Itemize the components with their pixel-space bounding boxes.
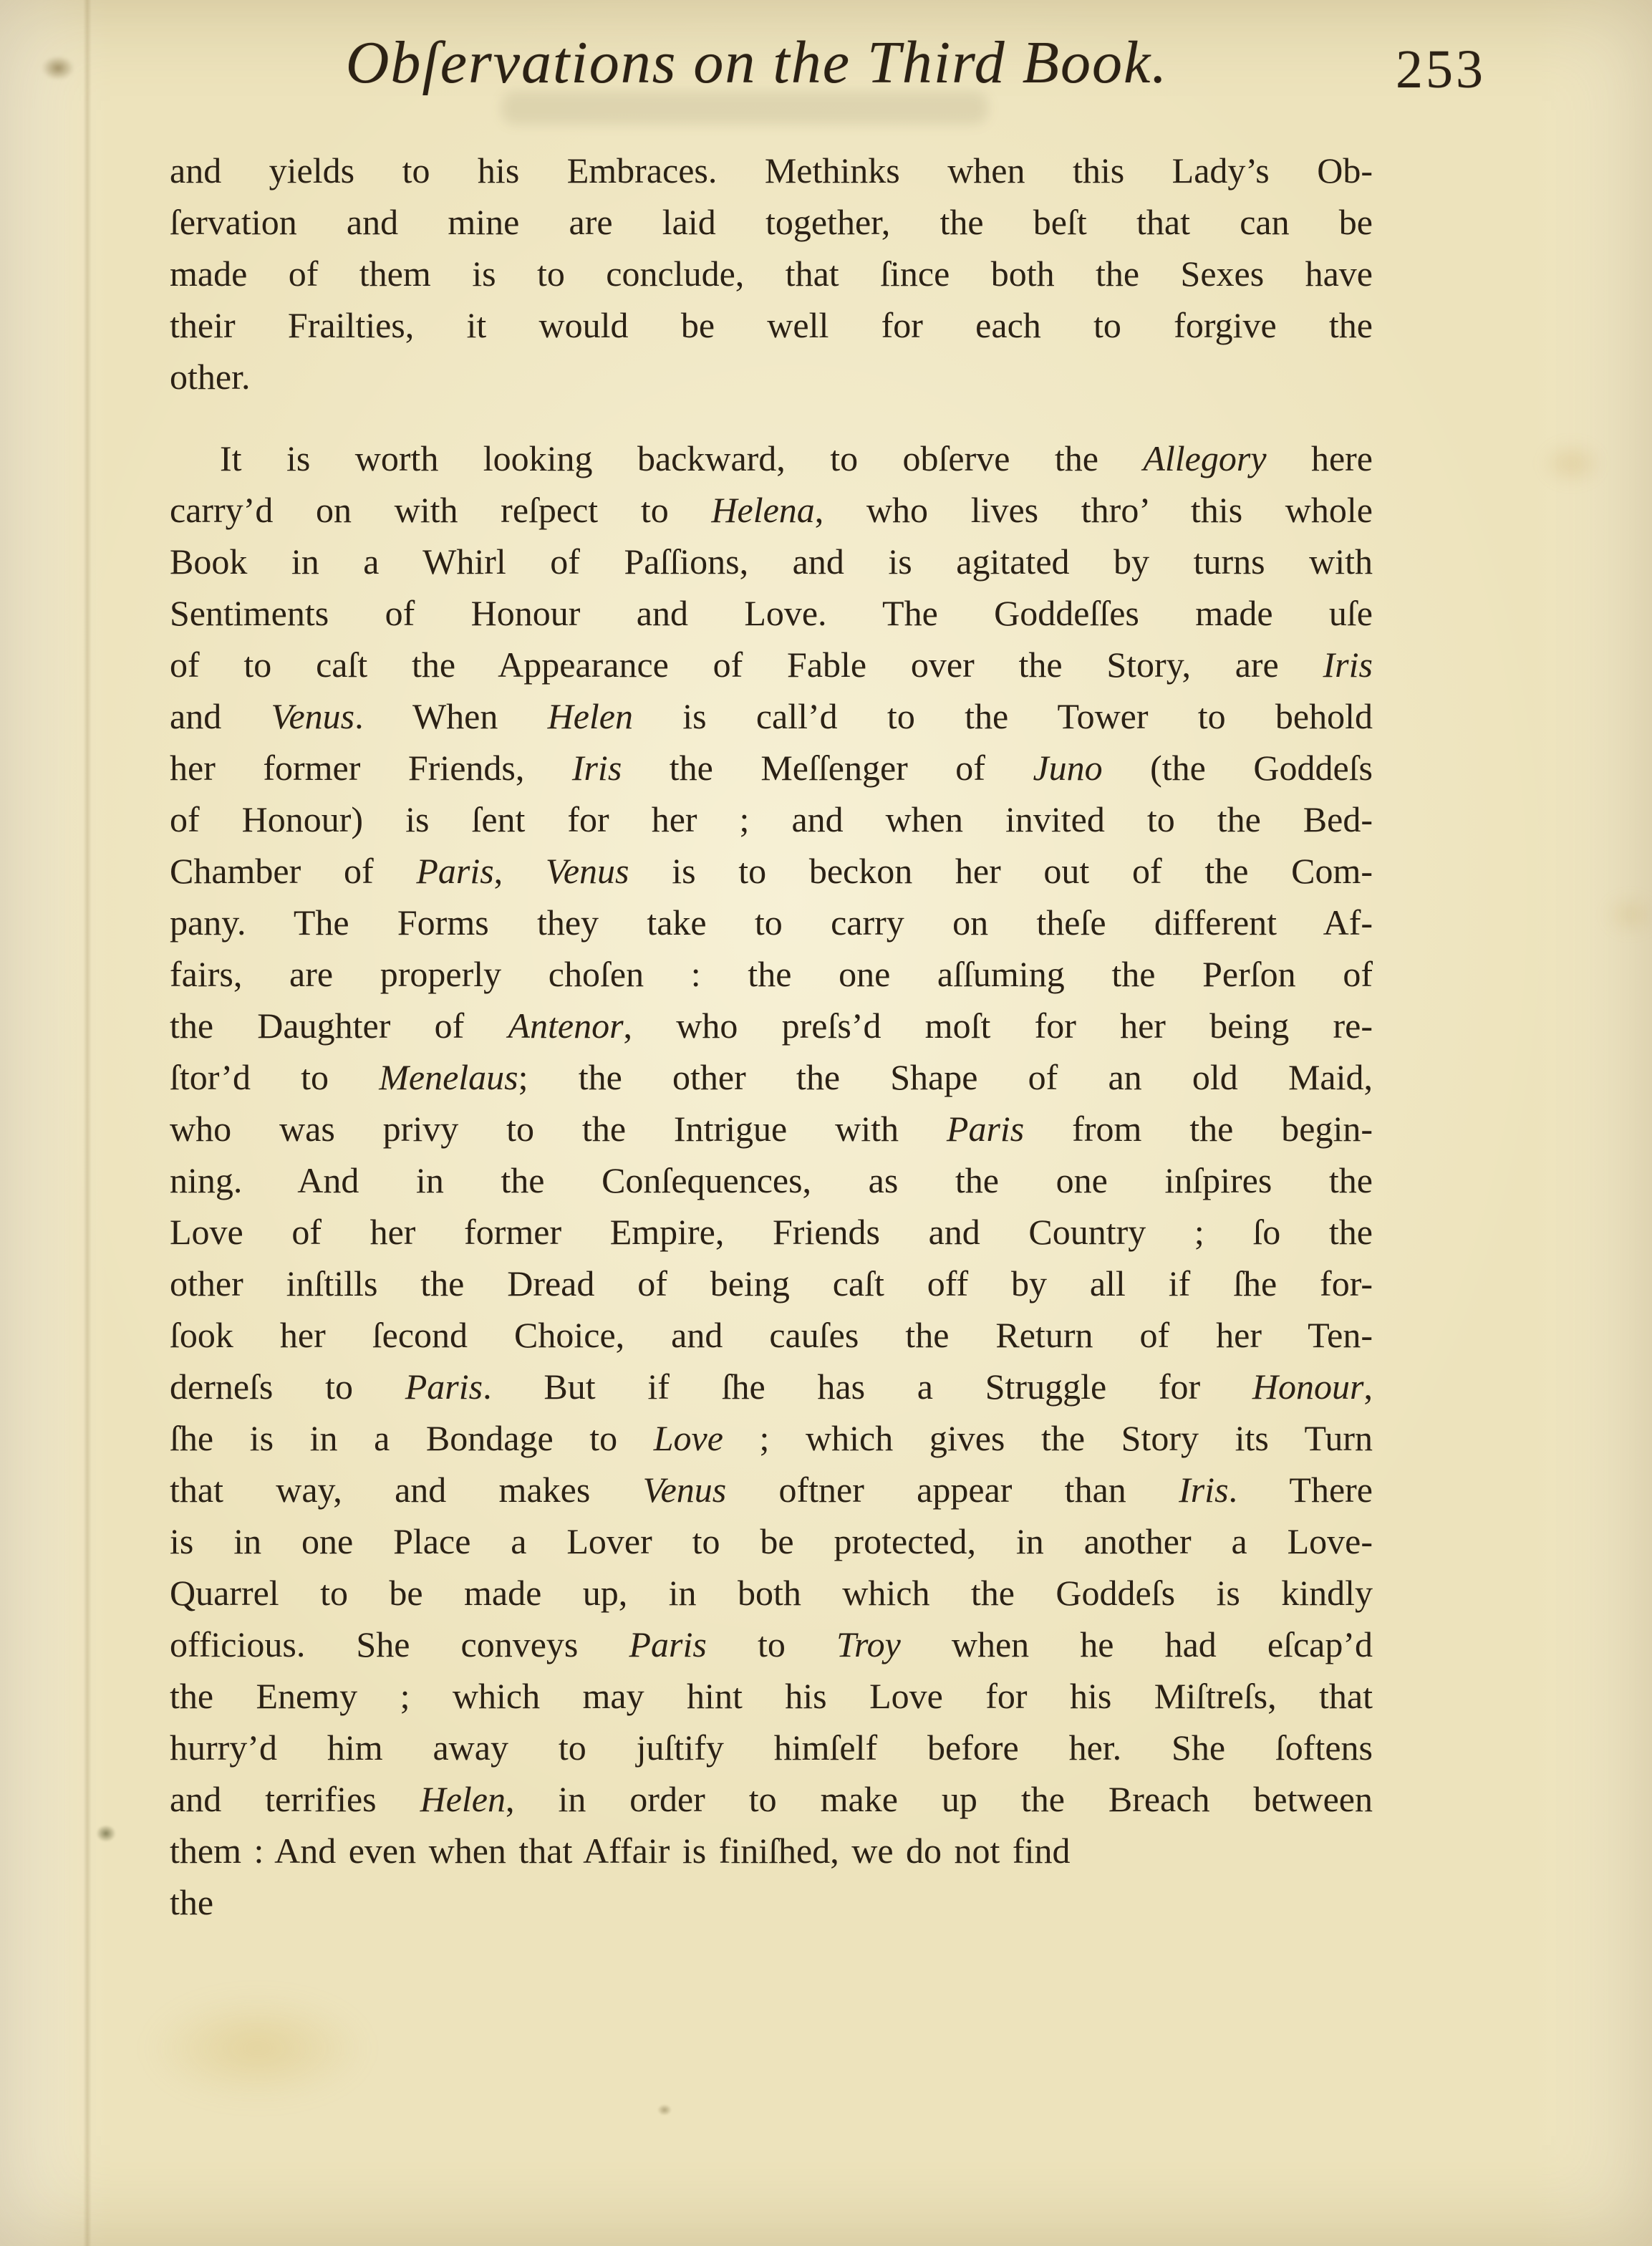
italic-segment: Helen <box>548 696 633 736</box>
text-line: of to caſt the Appearance of Fable over … <box>170 639 1373 690</box>
text-line: ſhe is in a Bondage to Love ; which give… <box>170 1412 1373 1464</box>
text-segment: made of them is to conclude, that ſince … <box>170 254 1373 294</box>
text-line: ſtor’d to Menelaus; the other the Shape … <box>170 1051 1373 1103</box>
text-segment: ; which gives the Story its Turn <box>723 1418 1373 1458</box>
text-segment: derneſs to <box>170 1367 405 1407</box>
text-line: carry’d on with reſpect to Helena, who l… <box>170 484 1373 536</box>
italic-segment: Love <box>654 1418 723 1458</box>
text-line: officious. She conveys Paris to Troy whe… <box>170 1619 1373 1670</box>
text-line: Book in a Whirl of Paſſions, and is agit… <box>170 536 1373 587</box>
italic-segment: Honour <box>1252 1367 1364 1407</box>
text-segment: , in order to make up the Breach between <box>506 1779 1373 1819</box>
text-line: Sentiments of Honour and Love. The Godde… <box>170 587 1373 639</box>
text-line: and yields to his Embraces. Methinks whe… <box>170 145 1373 196</box>
text-line: It is worth looking backward, to obſerve… <box>170 433 1373 484</box>
italic-segment: Helen <box>420 1779 506 1819</box>
text-line: their Frailties, it would be well for ea… <box>170 299 1373 351</box>
text-segment: Book in a Whirl of Paſſions, and is agit… <box>170 541 1373 582</box>
text-segment: who was privy to the Intrigue with <box>170 1109 947 1149</box>
text-segment: pany. The Forms they take to carry on th… <box>170 902 1373 943</box>
italic-segment: Paris <box>416 851 493 891</box>
text-line: ſervation and mine are laid together, th… <box>170 196 1373 248</box>
text-line: fairs, are properly choſen : the one aſſ… <box>170 948 1373 1000</box>
text-line: Quarrel to be made up, in both which the… <box>170 1567 1373 1619</box>
text-segment: officious. She conveys <box>170 1624 629 1664</box>
italic-segment: Paris <box>405 1367 483 1407</box>
text-segment: her former Friends, <box>170 748 572 788</box>
text-segment: ſook her ſecond Choice, and cauſes the R… <box>170 1315 1373 1355</box>
italic-segment: Iris <box>572 748 622 788</box>
text-segment: . But if ſhe has a Struggle for <box>483 1367 1252 1407</box>
page-crease <box>83 0 92 2246</box>
text-line: derneſs to Paris. But if ſhe has a Strug… <box>170 1361 1373 1412</box>
text-segment: of Honour) is ſent for her ; and when in… <box>170 799 1373 839</box>
paper-stain <box>1604 895 1652 934</box>
text-segment: ſervation and mine are laid together, th… <box>170 202 1373 242</box>
catchword-line: the <box>170 1876 1373 1928</box>
page-text: and yields to his Embraces. Methinks whe… <box>170 145 1373 1928</box>
text-segment: is in one Place a Lover to be protected,… <box>170 1521 1373 1561</box>
text-segment: oftner appear than <box>726 1470 1179 1510</box>
ink-smudge <box>501 92 988 125</box>
text-segment: ning. And in the Conſequences, as the on… <box>170 1160 1373 1200</box>
text-segment: other inſtills the Dread of being caſt o… <box>170 1263 1373 1303</box>
italic-segment: Venus <box>271 696 354 736</box>
text-segment: ſhe is in a Bondage to <box>170 1418 654 1458</box>
text-line: ning. And in the Conſequences, as the on… <box>170 1155 1373 1206</box>
text-line: ſook her ſecond Choice, and cauſes the R… <box>170 1309 1373 1361</box>
italic-segment: Troy <box>836 1624 901 1664</box>
text-line: who was privy to the Intrigue with Paris… <box>170 1103 1373 1155</box>
paper-stain <box>1540 440 1604 486</box>
paper-stain <box>96 1825 116 1842</box>
text-segment: Quarrel to be made up, in both which the… <box>170 1573 1373 1613</box>
text-segment: , <box>1364 1367 1373 1407</box>
book-page: Obſervations on the Third Book. 253 and … <box>0 0 1652 2246</box>
text-segment: , <box>494 851 546 891</box>
text-segment: is call’d to the Tower to behold <box>633 696 1373 736</box>
text-segment: Sentiments of Honour and Love. The Godde… <box>170 593 1373 633</box>
text-line: the Daughter of Antenor, who preſs’d moſ… <box>170 1000 1373 1051</box>
text-segment: , who lives thro’ this whole <box>815 490 1373 530</box>
paper-stain <box>42 56 74 80</box>
text-segment: the Meſſenger of <box>622 748 1033 788</box>
italic-segment: Menelaus <box>379 1057 518 1097</box>
text-line: and Venus. When Helen is call’d to the T… <box>170 690 1373 742</box>
text-line: other. <box>170 351 1373 403</box>
text-segment: Love of her former Empire, Friends and C… <box>170 1212 1373 1252</box>
text-segment: It is worth looking backward, to obſerve… <box>220 438 1143 478</box>
text-segment: hurry’d him away to juſtify himſelf befo… <box>170 1727 1373 1768</box>
text-segment: that way, and makes <box>170 1470 643 1510</box>
italic-segment: Venus <box>546 851 629 891</box>
text-line: hurry’d him away to juſtify himſelf befo… <box>170 1722 1373 1773</box>
text-segment: other. <box>170 357 250 397</box>
text-segment: of to caſt the Appearance of Fable over … <box>170 645 1323 685</box>
text-line: pany. The Forms they take to carry on th… <box>170 897 1373 948</box>
text-segment: and yields to his Embraces. Methinks whe… <box>170 150 1373 191</box>
italic-segment: Iris <box>1323 645 1373 685</box>
italic-segment: Helena <box>711 490 814 530</box>
text-segment: ; the other the Shape of an old Maid, <box>518 1057 1373 1097</box>
paper-stain <box>657 2104 672 2116</box>
catchword: the <box>170 1882 213 1922</box>
text-segment: their Frailties, it would be well for ea… <box>170 305 1373 345</box>
paragraph: and yields to his Embraces. Methinks whe… <box>170 145 1373 403</box>
text-segment: the Enemy ; which may hint his Love for … <box>170 1676 1373 1716</box>
text-line: her former Friends, Iris the Meſſenger o… <box>170 742 1373 794</box>
italic-segment: Paris <box>947 1109 1024 1149</box>
italic-segment: Antenor <box>508 1006 623 1046</box>
text-line: is in one Place a Lover to be protected,… <box>170 1515 1373 1567</box>
text-segment: . When <box>354 696 548 736</box>
italic-segment: Juno <box>1033 748 1102 788</box>
text-segment: , who preſs’d moſt for her being re- <box>624 1006 1373 1046</box>
page-number: 253 <box>1396 40 1486 100</box>
text-segment: fairs, are properly choſen : the one aſſ… <box>170 954 1373 994</box>
text-segment: to <box>707 1624 836 1664</box>
text-line: and terrifies Helen, in order to make up… <box>170 1773 1373 1825</box>
text-line: Chamber of Paris, Venus is to beckon her… <box>170 845 1373 897</box>
text-segment: is to beckon her out of the Com- <box>629 851 1373 891</box>
text-segment: . There <box>1229 1470 1373 1510</box>
text-segment: the Daughter of <box>170 1006 508 1046</box>
text-segment: when he had eſcap’d <box>901 1624 1373 1664</box>
running-header: Obſervations on the Third Book. <box>170 30 1344 96</box>
italic-segment: Allegory <box>1143 438 1266 478</box>
text-segment: ſtor’d to <box>170 1057 379 1097</box>
italic-segment: Venus <box>643 1470 727 1510</box>
text-segment: from the begin- <box>1024 1109 1373 1149</box>
text-segment: (the Goddeſs <box>1103 748 1373 788</box>
text-line: the Enemy ; which may hint his Love for … <box>170 1670 1373 1722</box>
text-segment: and terrifies <box>170 1779 420 1819</box>
text-segment: them : And even when that Affair is fini… <box>170 1831 1070 1871</box>
text-line: made of them is to conclude, that ſince … <box>170 248 1373 299</box>
paper-stain <box>147 1995 369 2102</box>
paragraph: It is worth looking backward, to obſerve… <box>170 433 1373 1876</box>
text-line: that way, and makes Venus oftner appear … <box>170 1464 1373 1515</box>
text-segment: and <box>170 696 271 736</box>
text-segment: carry’d on with reſpect to <box>170 490 711 530</box>
text-line: Love of her former Empire, Friends and C… <box>170 1206 1373 1258</box>
text-line: them : And even when that Affair is fini… <box>170 1825 1373 1876</box>
text-segment: here <box>1267 438 1373 478</box>
text-line: other inſtills the Dread of being caſt o… <box>170 1258 1373 1309</box>
text-segment: Chamber of <box>170 851 416 891</box>
italic-segment: Iris <box>1179 1470 1228 1510</box>
text-line: of Honour) is ſent for her ; and when in… <box>170 794 1373 845</box>
italic-segment: Paris <box>629 1624 706 1664</box>
